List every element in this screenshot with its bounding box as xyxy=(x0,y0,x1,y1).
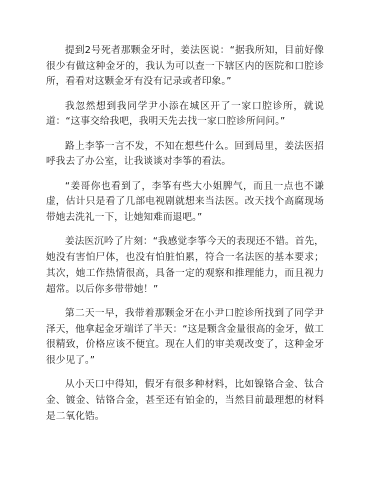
paragraph-2: 我忽然想到我同学尹小添在城区开了一家口腔诊所，就说道：“这事交给我吧，我明天先去… xyxy=(46,99,324,130)
paragraph-4: “姜哥你也看到了，李筝有些大小姐脾气，而且一点也不谦虚，估计只是看了几部电视剧就… xyxy=(46,179,324,226)
paragraph-6: 第二天一早，我带着那颗金牙在小尹口腔诊所找到了同学尹泽天，他拿起金牙端详了半天：… xyxy=(46,306,324,369)
paragraph-3: 路上李筝一言不发，不知在想些什么。回到局里，姜法医招呼我去了办公室，让我谈谈对李… xyxy=(46,139,324,170)
document-page: 提到2号死者那颗金牙时，姜法医说：“据我所知，目前好像很少有做这种金牙的，我认为… xyxy=(46,43,324,433)
paragraph-1: 提到2号死者那颗金牙时，姜法医说：“据我所知，目前好像很少有做这种金牙的，我认为… xyxy=(46,43,324,90)
paragraph-7: 从小天口中得知，假牙有很多种材料，比如镍铬合金、钛合金、镀金、钴铬合金，甚至还有… xyxy=(46,377,324,424)
paragraph-5: 姜法医沉吟了片刻：“我感觉李筝今天的表现还不错。首先，她没有害怕尸体，也没有怕脏… xyxy=(46,234,324,297)
